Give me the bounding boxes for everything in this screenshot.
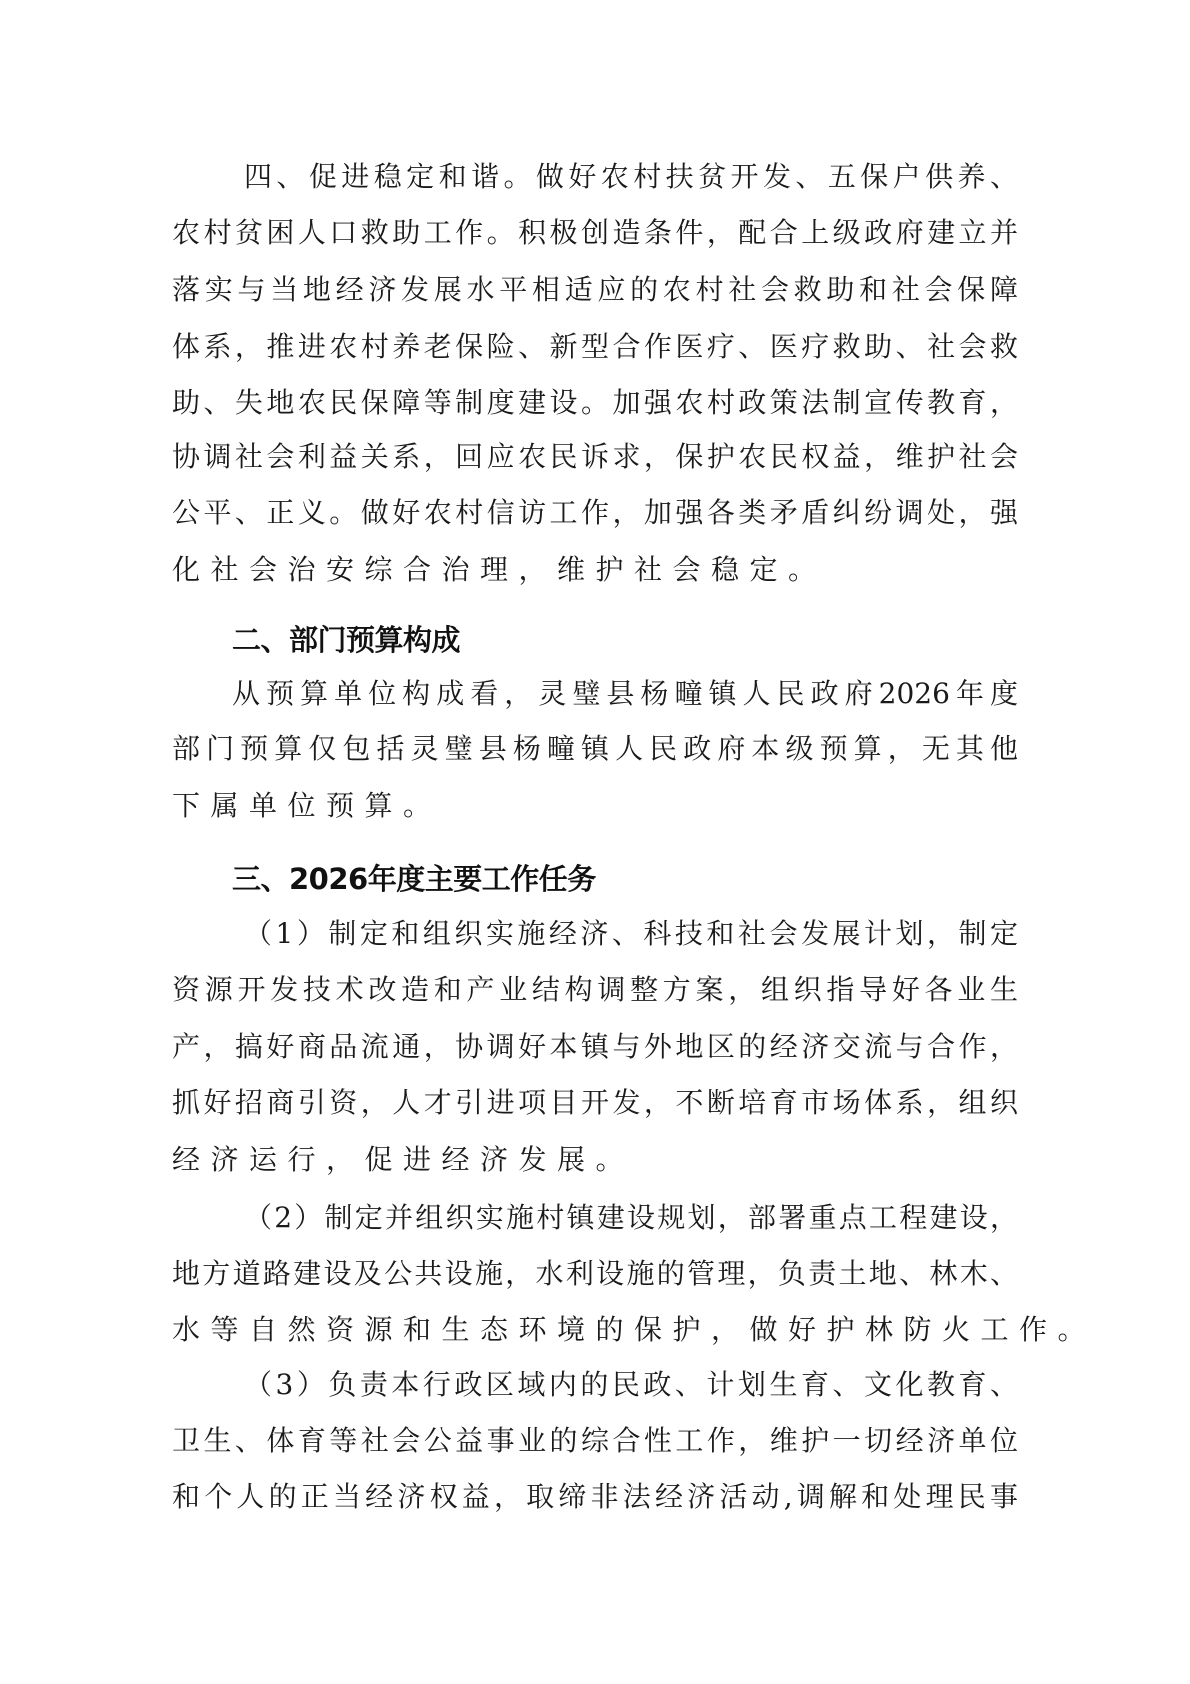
text-line: 落实与当地经济发展水平相适应的农村社会救助和社会保障 [172, 270, 1018, 310]
section-heading-budget-composition: 二、部门预算构成 [232, 620, 460, 660]
text-line: 产，搞好商品流通，协调好本镇与外地区的经济交流与合作， [172, 1027, 1018, 1067]
text-line: 卫生、体育等社会公益事业的综合性工作，维护一切经济单位 [172, 1421, 1018, 1461]
text-line: （2）制定并组织实施村镇建设规划，部署重点工程建设， [244, 1198, 1018, 1238]
text-line: 协调社会利益关系，回应农民诉求，保护农民权益，维护社会 [172, 437, 1018, 477]
text-line: 地方道路建设及公共设施，水利设施的管理，负责土地、林木、 [172, 1254, 1018, 1294]
text-line: 抓好招商引资，人才引进项目开发，不断培育市场体系，组织 [172, 1083, 1018, 1123]
text-line: 助、失地农民保障等制度建设。加强农村政策法制宣传教育， [172, 383, 1018, 423]
text-line: 下属单位预算。 [172, 786, 1018, 826]
text-line: 水等自然资源和生态环境的保护，做好护林防火工作。 [172, 1310, 1018, 1350]
text-line: 体系，推进农村养老保险、新型合作医疗、医疗救助、社会救 [172, 327, 1018, 367]
text-line: （3）负责本行政区域内的民政、计划生育、文化教育、 [244, 1365, 1018, 1405]
text-line: 经济运行，促进经济发展。 [172, 1140, 1018, 1180]
text-line: 资源开发技术改造和产业结构调整方案，组织指导好各业生 [172, 970, 1018, 1010]
text-line: 和个人的正当经济权益，取缔非法经济活动,调解和处理民事 [172, 1477, 1018, 1517]
text-line: 公平、正义。做好农村信访工作，加强各类矛盾纠纷调处，强 [172, 493, 1018, 533]
text-line: （1）制定和组织实施经济、科技和社会发展计划，制定 [244, 914, 1018, 954]
text-line: 化社会治安综合治理，维护社会稳定。 [172, 550, 1018, 590]
document-page: 四、促进稳定和谐。做好农村扶贫开发、五保户供养、 农村贫困人口救助工作。积极创造… [0, 0, 1190, 1684]
text-line: 农村贫困人口救助工作。积极创造条件，配合上级政府建立并 [172, 213, 1018, 253]
text-line: 部门预算仅包括灵璧县杨疃镇人民政府本级预算，无其他 [172, 729, 1018, 769]
text-line: 从预算单位构成看，灵璧县杨疃镇人民政府2026年度 [232, 674, 1018, 714]
section-heading-main-tasks: 三、2026年度主要工作任务 [232, 859, 596, 899]
text-line: 四、促进稳定和谐。做好农村扶贫开发、五保户供养、 [244, 157, 1018, 197]
